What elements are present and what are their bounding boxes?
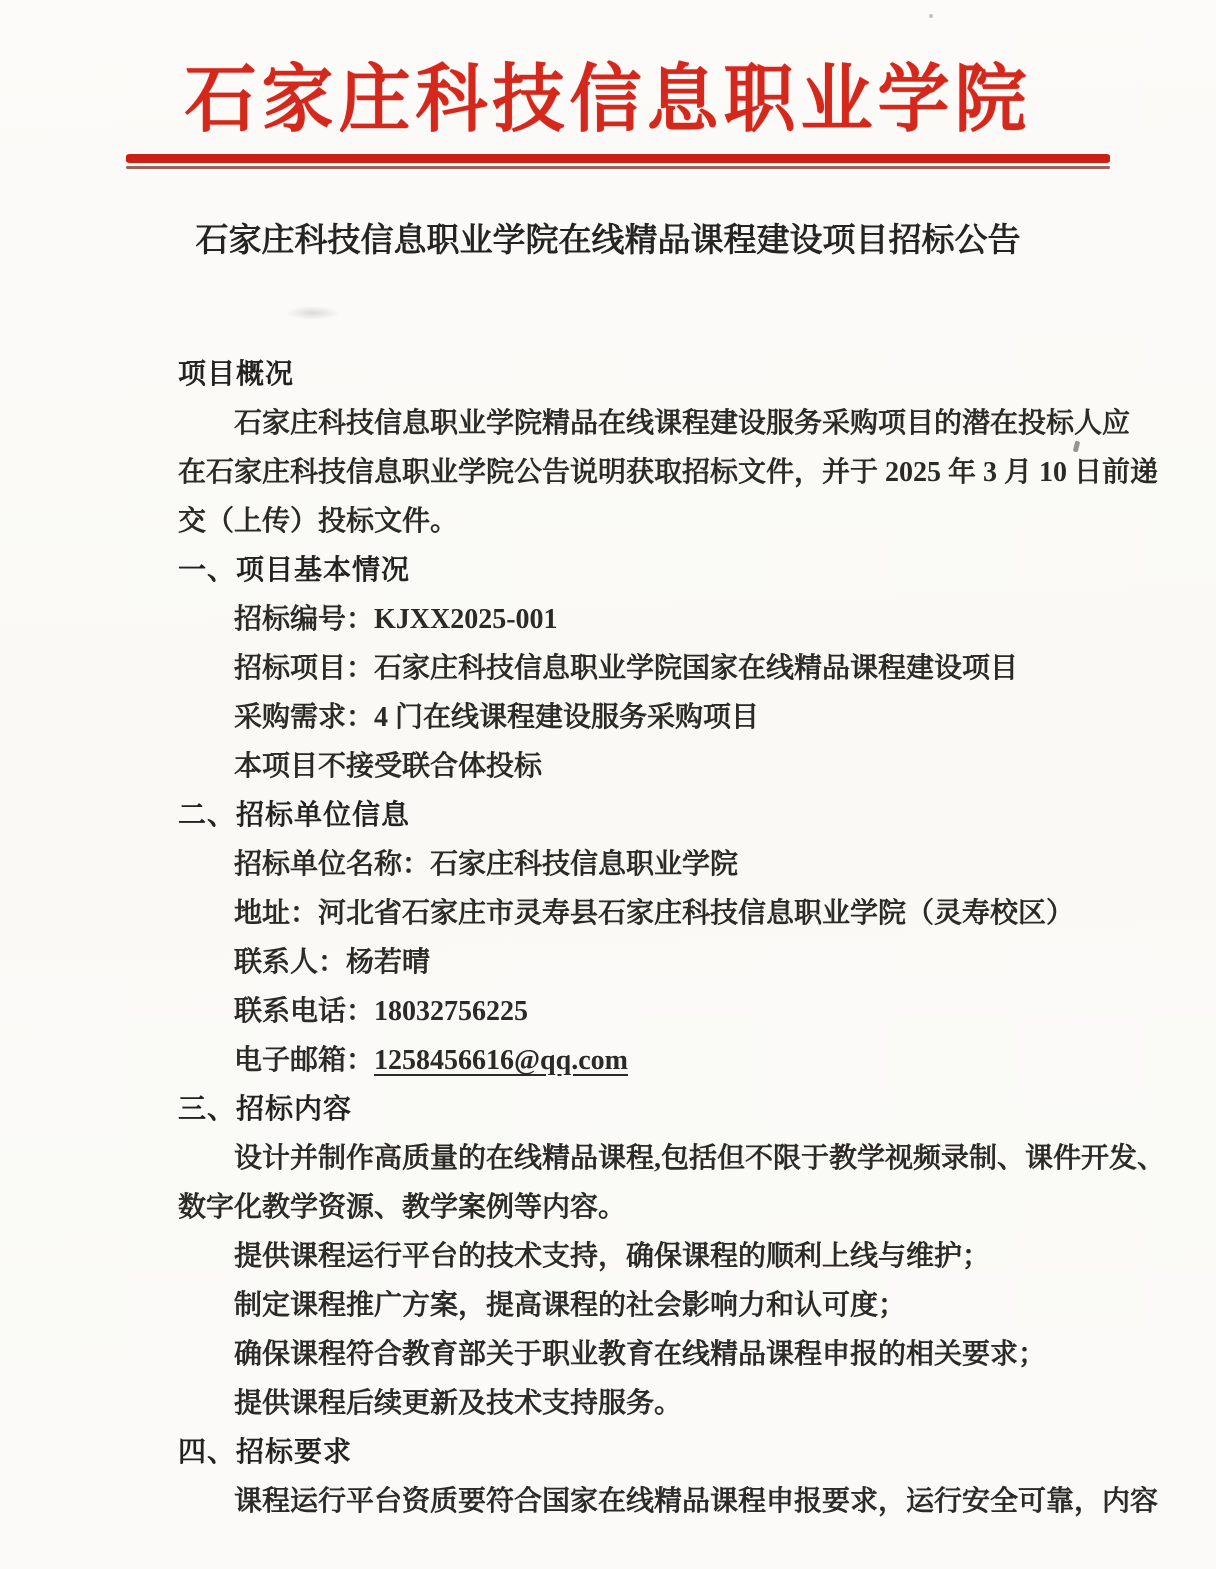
requirement-line: 课程运行平台资质要符合国家在线精品课程申报要求，运行安全可靠，内容 — [178, 1477, 1158, 1526]
document-title: 石家庄科技信息职业学院在线精品课程建设项目招标公告 — [0, 218, 1216, 264]
overview-paragraph-line: 在石家庄科技信息职业学院公告说明获取招标文件，并于 2025 年 3 月 10 … — [178, 448, 1158, 497]
tender-project-line: 招标项目：石家庄科技信息职业学院国家在线精品课程建设项目 — [178, 644, 1158, 693]
content-update-line: 提供课程后续更新及技术支持服务。 — [178, 1379, 1158, 1428]
no-consortium-line: 本项目不接受联合体投标 — [178, 742, 1158, 791]
section1-heading: 一、项目基本情况 — [178, 546, 1158, 595]
divider-thin-line — [126, 166, 1110, 169]
college-letterhead: 石家庄科技信息职业学院 — [0, 51, 1216, 150]
overview-paragraph-line: 交（上传）投标文件。 — [178, 497, 1158, 546]
content-platform-line: 提供课程运行平台的技术支持，确保课程的顺利上线与维护； — [178, 1232, 1158, 1281]
overview-heading: 项目概况 — [178, 350, 1158, 399]
scan-smudge — [286, 306, 340, 320]
scan-dot-mark — [929, 14, 933, 18]
content-design-line: 数字化教学资源、教学案例等内容。 — [178, 1183, 1158, 1232]
contact-person-line: 联系人：杨若晴 — [178, 938, 1158, 987]
divider-thick-line — [126, 154, 1110, 163]
address-line: 地址：河北省石家庄市灵寿县石家庄科技信息职业学院（灵寿校区） — [178, 889, 1158, 938]
overview-paragraph-line: 石家庄科技信息职业学院精品在线课程建设服务采购项目的潜在投标人应 — [178, 399, 1158, 448]
contact-phone-line: 联系电话：18032756225 — [178, 987, 1158, 1036]
content-design-line: 设计并制作高质量的在线精品课程,包括但不限于教学视频录制、课件开发、 — [178, 1134, 1158, 1183]
email-link[interactable]: 1258456616@qq.com — [374, 1045, 628, 1076]
email-line: 电子邮箱：1258456616@qq.com — [178, 1036, 1158, 1085]
content-promotion-line: 制定课程推广方案，提高课程的社会影响力和认可度； — [178, 1281, 1158, 1330]
letterhead-divider — [126, 154, 1110, 169]
section2-heading: 二、招标单位信息 — [178, 791, 1158, 840]
tender-number-line: 招标编号：KJXX2025-001 — [178, 595, 1158, 644]
document-body: 项目概况 石家庄科技信息职业学院精品在线课程建设服务采购项目的潜在投标人应 在石… — [178, 350, 1158, 1526]
section4-heading: 四、招标要求 — [178, 1428, 1158, 1477]
content-compliance-line: 确保课程符合教育部关于职业教育在线精品课程申报的相关要求； — [178, 1330, 1158, 1379]
purchase-demand-line: 采购需求：4 门在线课程建设服务采购项目 — [178, 693, 1158, 742]
section3-heading: 三、招标内容 — [178, 1085, 1158, 1134]
unit-name-line: 招标单位名称：石家庄科技信息职业学院 — [178, 840, 1158, 889]
email-label: 电子邮箱： — [234, 1045, 374, 1076]
document-page: 石家庄科技信息职业学院 石家庄科技信息职业学院在线精品课程建设项目招标公告 项目… — [0, 0, 1216, 1569]
